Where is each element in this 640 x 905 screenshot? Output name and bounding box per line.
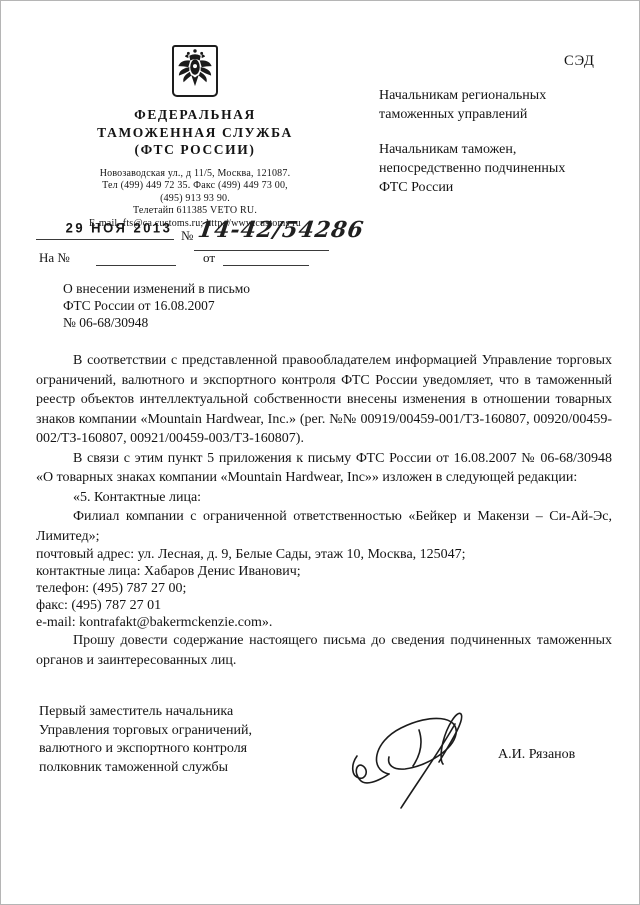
organization-name-line: ТАМОЖЕННАЯ СЛУЖБА	[39, 124, 351, 142]
signer-title-line: Управления торговых ограничений,	[39, 722, 299, 741]
addressee-customs-offices: Начальникам таможен,непосредственно подч…	[379, 140, 604, 197]
organization-name-line: (ФТС РОССИИ)	[39, 141, 351, 159]
addressee-line: таможенных управлений	[379, 105, 604, 124]
outgoing-number-label: №	[181, 228, 193, 244]
in-reply-date-label: от	[203, 250, 215, 266]
letter-subject: О внесении изменений в письмоФТС России …	[63, 280, 323, 331]
signer-title-line: Первый заместитель начальника	[39, 703, 299, 722]
contact-line: телефон: (495) 787 27 00;	[36, 580, 612, 597]
coat-of-arms-frame	[172, 45, 218, 97]
addressee-line: ФТС России	[379, 178, 604, 197]
contact-line: контактные лица: Хабаров Денис Иванович;	[36, 563, 612, 580]
contact-details: почтовый адрес: ул. Лесная, д. 9, Белые …	[36, 546, 612, 631]
letterhead: ФЕДЕРАЛЬНАЯТАМОЖЕННАЯ СЛУЖБА(ФТС РОССИИ)…	[39, 45, 351, 230]
subject-line: О внесении изменений в письмо	[63, 280, 323, 297]
addressee-line: непосредственно подчиненных	[379, 159, 604, 178]
address-line: Тел (499) 449 72 35. Факс (499) 449 73 0…	[39, 180, 351, 193]
paragraph-request: Прошу довести содержание настоящего пись…	[36, 631, 612, 670]
date-stamp: 29 НОЯ 2013	[49, 219, 189, 235]
signer-title-line: полковник таможенной службы	[39, 759, 299, 778]
paragraph-amendment: В связи с этим пункт 5 приложения к пись…	[36, 449, 612, 488]
in-reply-blank-line	[96, 265, 176, 266]
letter-body: В соответствии с представленной правообл…	[36, 351, 612, 670]
outgoing-number-handwritten: 14-42/54286	[196, 217, 366, 243]
paragraph-notification: В соответствии с представленной правообл…	[36, 351, 612, 449]
paragraph-branch: Филиал компании с ограниченной ответстве…	[36, 507, 612, 546]
signer-title: Первый заместитель начальникаУправления …	[39, 703, 299, 777]
contact-line: факс: (495) 787 27 01	[36, 597, 612, 614]
signer-name: А.И. Рязанов	[498, 747, 575, 763]
contact-line: почтовый адрес: ул. Лесная, д. 9, Белые …	[36, 546, 612, 563]
in-reply-date-blank-line	[223, 265, 309, 266]
in-reply-to-label: На №	[39, 250, 70, 266]
signer-title-line: валютного и экспортного контроля	[39, 740, 299, 759]
organization-name-line: ФЕДЕРАЛЬНАЯ	[39, 106, 351, 124]
addressee-line: Начальникам региональных	[379, 86, 604, 105]
subject-line: № 06-68/30948	[63, 314, 323, 331]
address-line: (495) 913 93 90.	[39, 193, 351, 206]
date-blank-line	[36, 239, 174, 240]
addressee-line: Начальникам таможен,	[379, 140, 604, 159]
sed-mark: СЭД	[564, 53, 595, 70]
scanned-letter-page: ФЕДЕРАЛЬНАЯТАМОЖЕННАЯ СЛУЖБА(ФТС РОССИИ)…	[0, 0, 640, 905]
double-headed-eagle-icon	[176, 48, 214, 95]
subject-line: ФТС России от 16.08.2007	[63, 297, 323, 314]
address-line: Новозаводская ул., д 11/5, Москва, 12108…	[39, 168, 351, 181]
organization-name: ФЕДЕРАЛЬНАЯТАМОЖЕННАЯ СЛУЖБА(ФТС РОССИИ)	[39, 106, 351, 159]
address-line: Телетайп 611385 VETO RU.	[39, 205, 351, 218]
contact-line: e-mail: kontrafakt@bakermckenzie.com».	[36, 614, 612, 631]
handwritten-signature-icon	[343, 689, 493, 809]
paragraph-contacts-heading: «5. Контактные лица:	[36, 488, 612, 508]
addressee-regional-administrations: Начальникам региональныхтаможенных управ…	[379, 86, 604, 124]
